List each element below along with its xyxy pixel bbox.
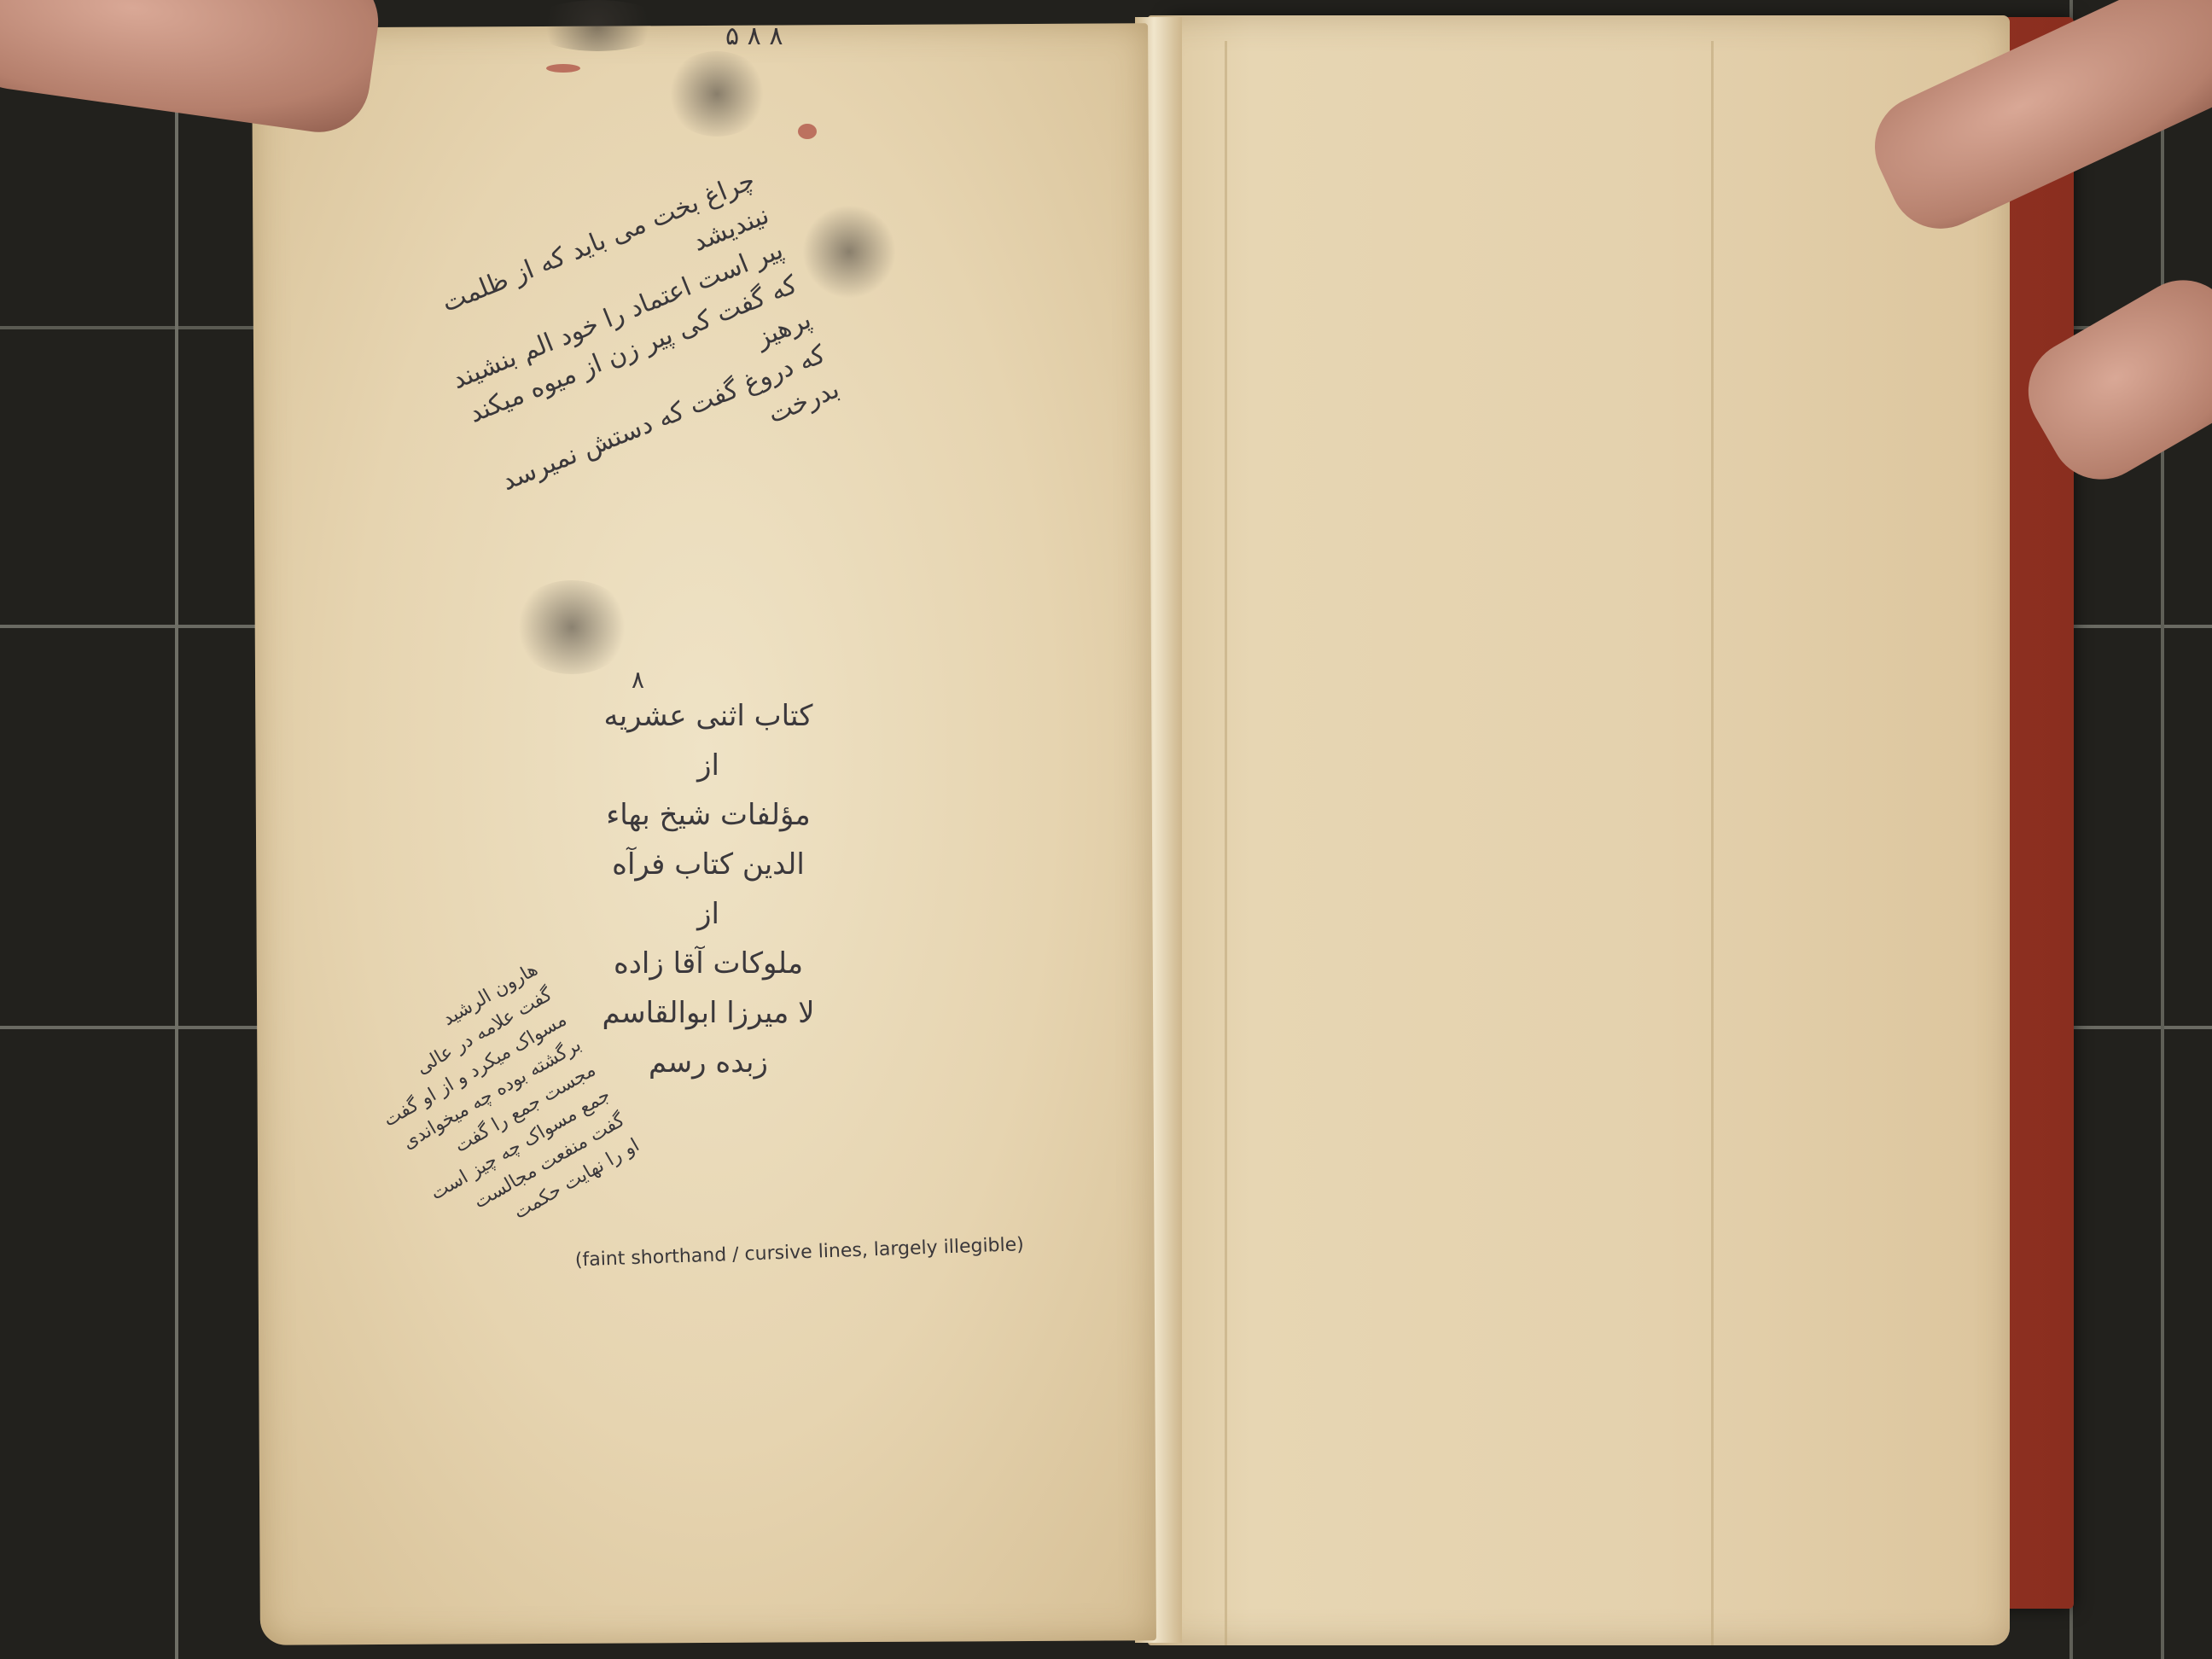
fold-line: [1225, 41, 1227, 1645]
right-endpaper: [1148, 15, 2010, 1645]
header-mark: ۸ ۸ ۵: [725, 21, 783, 51]
title-note: کتاب اثنی عشریه از مؤلفات شیخ بهاء الدین…: [597, 691, 819, 1087]
ink-stain: [512, 580, 632, 674]
fold-line: [1711, 41, 1714, 1645]
ink-stain: [666, 51, 768, 137]
red-mark: [798, 124, 817, 139]
ink-stain: [529, 0, 666, 51]
folio-number: ۸: [632, 666, 644, 694]
ink-stain: [802, 205, 896, 299]
red-mark: [546, 64, 580, 73]
